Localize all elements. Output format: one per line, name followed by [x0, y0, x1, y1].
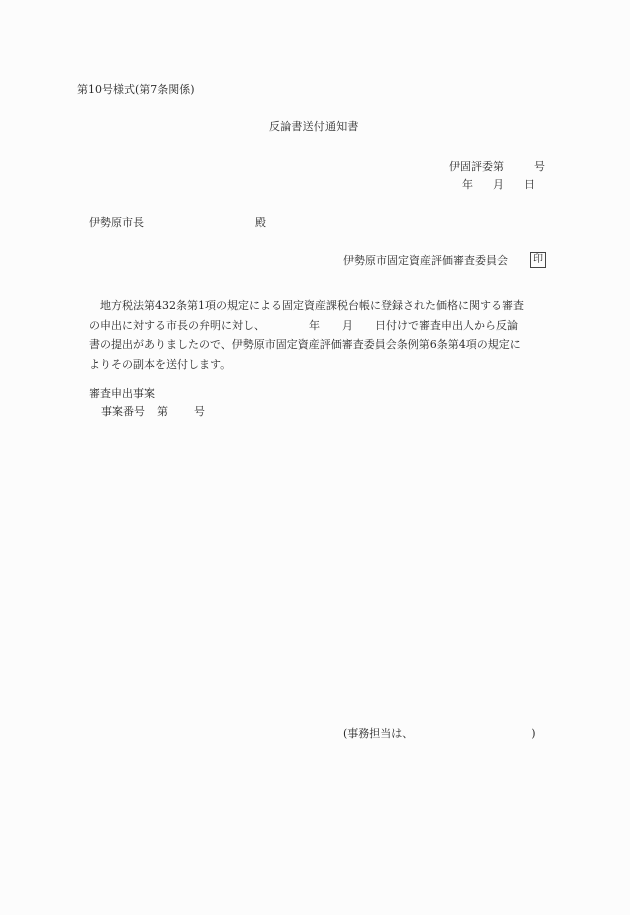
issue-date: 年月日	[462, 179, 535, 190]
document-title: 反論書送付通知書	[269, 121, 359, 132]
body-line-2-month: 月	[342, 319, 353, 332]
body-line-1: 地方税法第432条第1項の規定による固定資産課税台帳に登録された価格に関する審査	[89, 296, 549, 316]
case-number-suffix: 号	[194, 405, 205, 418]
contact-person: (事務担当は、)	[343, 728, 536, 739]
body-line-2: の申出に対する市長の弁明に対し、年月日付けで審査申出人から反論	[89, 316, 549, 336]
body-line-3: 書の提出がありましたので、伊勢原市固定資産評価審査委員会条例第6条第4項の規定に	[89, 335, 549, 355]
form-number: 第10号様式(第7条関係)	[77, 84, 195, 95]
case-number-label: 事案番号	[101, 405, 145, 418]
addressee-name: 伊勢原市長	[89, 217, 144, 228]
body-line-2-year: 年	[309, 319, 320, 332]
case-heading: 審査申出事案	[89, 388, 155, 399]
body-line-1-text: 地方税法第432条第1項の規定による固定資産課税台帳に登録された価格に関する審査	[100, 299, 524, 312]
sender-name: 伊勢原市固定資産評価審査委員会	[343, 255, 508, 266]
addressee-honorific: 殿	[255, 217, 266, 228]
date-year: 年	[462, 178, 473, 191]
seal-stamp-icon: 印	[530, 252, 546, 268]
contact-close: )	[531, 727, 535, 740]
contact-open: (事務担当は、	[343, 727, 413, 740]
body-paragraph: 地方税法第432条第1項の規定による固定資産課税台帳に登録された価格に関する審査…	[89, 296, 549, 374]
body-line-4: よりその副本を送付します。	[89, 355, 549, 375]
date-day: 日	[524, 178, 535, 191]
case-number-prefix: 第	[157, 405, 168, 418]
body-line-2-text-a: の申出に対する市長の弁明に対し、	[89, 319, 265, 332]
date-month: 月	[493, 178, 504, 191]
reference-number: 伊固評委第号	[449, 161, 545, 172]
body-line-2-text-b: 日付けで審査申出人から反論	[375, 319, 518, 332]
reference-suffix: 号	[534, 161, 545, 172]
case-number: 事案番号第号	[101, 406, 205, 417]
reference-prefix: 伊固評委第	[449, 161, 504, 172]
